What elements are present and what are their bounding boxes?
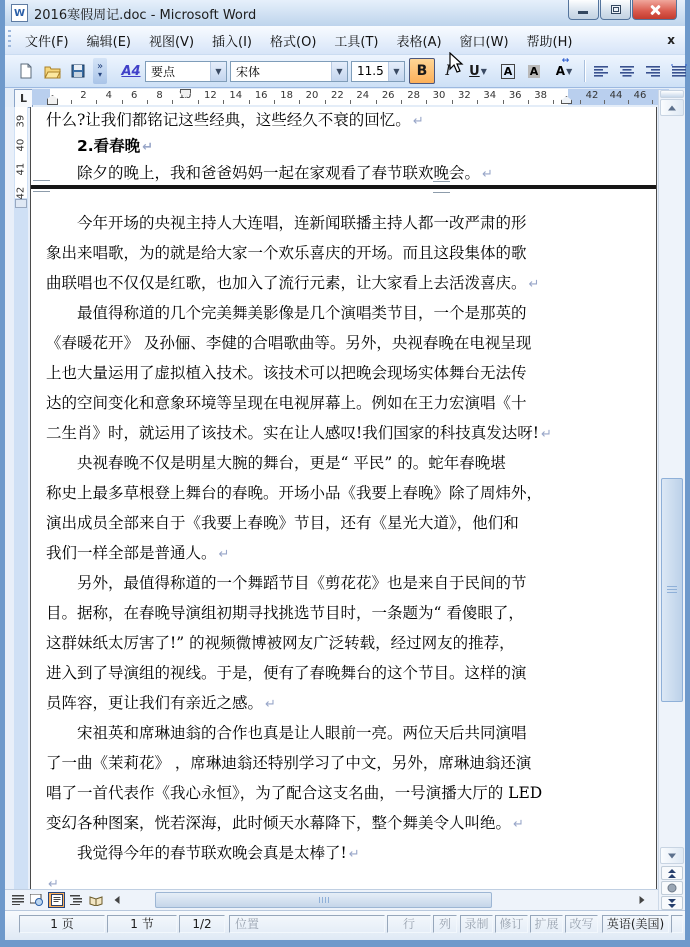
paragraph-mark: ↵ (513, 817, 524, 832)
page-number-pane: 1 页 (19, 915, 105, 933)
line-text: 象出来唱歌，为的就是给大家一个欢乐喜庆的开场。而且这段集体的歌 (46, 244, 527, 262)
toolbar-overflow-button[interactable] (93, 58, 107, 84)
ruler-tick (628, 100, 629, 104)
title-bar: W 2016寒假周记.doc - Microsoft Word (5, 0, 685, 26)
bold-button[interactable]: B (409, 58, 435, 84)
ruler-number: 30 (432, 90, 446, 101)
ruler-tick (325, 100, 326, 104)
text-line: 象出来唱歌，为的就是给大家一个欢乐喜庆的开场。而且这段集体的歌 (46, 238, 650, 268)
vertical-ruler-number: 40 (16, 138, 27, 152)
ruler-tick (376, 100, 377, 104)
select-browse-object-button[interactable] (661, 881, 683, 895)
text-line: 员阵容，更让我们有亲近之感。↵ (46, 688, 650, 718)
vertical-ruler-number: 41 (16, 162, 27, 176)
underline-button[interactable]: U ▼ (461, 58, 495, 84)
ruler-tick (553, 100, 554, 104)
page1-text: 什么?让我们都铭记这些经典，这些经久不衰的回忆。↵2.看春晚↵除夕的晚上，我和爸… (46, 107, 650, 186)
scroll-up-button[interactable] (660, 99, 684, 116)
line-text: 员阵容，更让我们有亲近之感。 (46, 694, 263, 712)
margin-adjust-marker[interactable] (15, 199, 27, 208)
arrow-up-icon (668, 105, 676, 110)
line-text: 我觉得今年的春节联欢晚会真是太棒了! (77, 844, 347, 862)
section-pane: 1 节 (107, 915, 177, 933)
open-folder-icon (44, 64, 61, 79)
vertical-ruler-number: 42 (16, 186, 27, 200)
ruler-number: 16 (254, 90, 268, 101)
line-text: 除夕的晚上，我和爸爸妈妈一起在家观看了春节联欢晚会。 (77, 164, 480, 182)
ruler-margin-number: 42 (585, 90, 599, 101)
line-text: 称史上最多草根登上舞台的春晚。开场小品《我要上春晚》除了周炜外， (46, 484, 542, 502)
ruler-tick (274, 100, 275, 104)
line-text: 我们一样全部是普通人。 (46, 544, 217, 562)
menu-item-7[interactable]: 窗口(W) (451, 27, 518, 54)
text-line: 我觉得今年的春节联欢晚会真是太棒了!↵ (46, 838, 650, 868)
word-window: W 2016寒假周记.doc - Microsoft Word 文件(F)编辑(… (5, 0, 685, 940)
character-shading-button[interactable]: A (521, 58, 547, 84)
track-changes-toggle[interactable]: 修订 (495, 915, 528, 933)
character-scale-icon: A (556, 64, 565, 78)
ruler-tick (71, 100, 72, 104)
save-button[interactable] (65, 58, 91, 84)
print-layout-icon (51, 894, 63, 906)
outline-view-icon (70, 895, 83, 905)
ruler-tick (147, 100, 148, 104)
ruler-number: 6 (127, 90, 141, 101)
ruler-number: 26 (381, 90, 395, 101)
text-line: 另外，最值得称道的一个舞蹈节目《剪花花》也是来自于民间的节 (46, 568, 650, 598)
text-line: 最值得称道的几个完美舞美影像是几个演唱类节目，一个是那英的 (46, 298, 650, 328)
ruler-number: 38 (534, 90, 548, 101)
word-app-icon: W (11, 4, 28, 22)
toolbar-grip-icon[interactable] (8, 30, 11, 50)
line-text: 《春暖花开》 及孙俪、李健的合唱歌曲等。另外，央视春晚在电视呈现 (46, 334, 531, 352)
ruler-tick (503, 100, 504, 104)
ruler-number: 24 (356, 90, 370, 101)
menu-bar: 文件(F)编辑(E)视图(V)插入(I)格式(O)工具(T)表格(A)窗口(W)… (5, 26, 685, 55)
distribute-button[interactable] (666, 58, 690, 84)
ruler-number: 32 (457, 90, 471, 101)
ruler-tick (426, 100, 427, 104)
double-up-icon (668, 869, 676, 873)
toolbar: A4 要点 ▼ 宋体 ▼ 11.5 ▼ B I U ▼ A A (5, 55, 685, 88)
text-line: 变幻各种图案，恍若深海，此时倾天水幕降下，整个舞美令人叫绝。↵ (46, 808, 650, 838)
ruler-tick (96, 100, 97, 104)
menu-item-3[interactable]: 插入(I) (203, 27, 261, 54)
line-text: 这群妹纸太厉害了!” 的视频微博被网友广泛转载，经过网友的推荐， (46, 634, 515, 652)
outline-view-button[interactable] (68, 892, 85, 908)
overtype-toggle[interactable]: 改写 (565, 915, 598, 933)
split-handle[interactable] (660, 90, 684, 98)
chevron-down-icon[interactable]: ▼ (210, 62, 226, 81)
paragraph-mark: ↵ (482, 167, 493, 182)
ruler-tick (580, 100, 581, 104)
line-text: 唱了一首代表作《我心永恒》，为了配合这支名曲，一号演播大厅的 LED (46, 784, 542, 802)
restore-button[interactable] (600, 0, 631, 20)
line-text: 目。据称，在春晚导演组初期寻找挑选节目时，一条题为“ 看傻眼了， (46, 604, 524, 622)
reading-layout-icon (89, 895, 103, 906)
line-text: 曲联唱也不仅仅是红歌，也加入了流行元素，让大家看上去活泼喜庆。 (46, 274, 527, 292)
text-line: 了一曲《茉莉花》 ，席琳迪翁还特别学习了中文，另外，席琳迪翁还演 (46, 748, 650, 778)
paragraph-mark: ↵ (541, 427, 552, 442)
window-controls (568, 0, 677, 20)
language-pane[interactable]: 英语(美国) (602, 915, 669, 933)
normal-view-icon (12, 895, 25, 905)
text-line: 上也大量运用了虚拟植入技术。该技术可以把晚会现场实体舞台无法传 (46, 358, 650, 388)
style-combobox[interactable]: 要点 ▼ (145, 61, 227, 82)
new-document-button[interactable] (13, 58, 39, 84)
paragraph-mark: ↵ (349, 847, 360, 862)
ruler-tick (122, 100, 123, 104)
line-text: 变幻各种图案，恍若深海，此时倾天水幕降下，整个舞美令人叫绝。 (46, 814, 511, 832)
chevron-down-icon[interactable]: ▼ (388, 62, 404, 81)
arrow-right-icon (640, 896, 645, 904)
ruler-tick (172, 100, 173, 104)
line-text: 进入到了导演组的视线。于是，便有了春晚舞台的这个节目。这样的演 (46, 664, 527, 682)
line-text: 另外，最值得称道的一个舞蹈节目《剪花花》也是来自于民间的节 (77, 574, 527, 592)
spelling-status-pane (671, 915, 683, 933)
menu-item-0[interactable]: 文件(F) (16, 27, 78, 54)
double-down-icon (668, 899, 676, 903)
text-line: 称史上最多草根登上舞台的春晚。开场小品《我要上春晚》除了周炜外， (46, 478, 650, 508)
vertical-scroll-thumb[interactable] (661, 478, 683, 702)
minimize-button[interactable] (568, 0, 599, 20)
ruler-margin-number: 44 (609, 90, 623, 101)
ruler-tick (350, 100, 351, 104)
menu-items: 文件(F)编辑(E)视图(V)插入(I)格式(O)工具(T)表格(A)窗口(W)… (16, 27, 581, 54)
line-text: 央视春晚不仅是明星大腕的舞台，更是“ 平民” 的。蛇年春晚堪 (77, 454, 506, 472)
text-line: 除夕的晚上，我和爸爸妈妈一起在家观看了春节联欢晚会。↵ (46, 160, 650, 186)
previous-page-button[interactable] (661, 866, 683, 880)
paragraph-mark: ↵ (219, 547, 230, 562)
page2-text: 今年开场的央视主持人大连唱，连新闻联播主持人都一改严肃的形象出来唱歌，为的就是给… (46, 208, 650, 898)
scroll-left-button[interactable] (109, 892, 125, 908)
character-shading-icon: A (528, 65, 541, 78)
ruler-number: 28 (407, 90, 421, 101)
bold-icon: B (417, 63, 428, 79)
text-line: 今年开场的央视主持人大连唱，连新闻联播主持人都一改严肃的形 (46, 208, 650, 238)
ruler-number: 34 (483, 90, 497, 101)
next-page-button[interactable] (661, 896, 683, 910)
text-line: 演出成员全部来自于《我要上春晚》节目，还有《星光大道》，他们和 (46, 508, 650, 538)
page-break-line (31, 185, 656, 189)
text-line: 曲联唱也不仅仅是红歌，也加入了流行元素，让大家看上去活泼喜庆。↵ (46, 268, 650, 298)
reading-layout-view-button[interactable] (87, 892, 104, 908)
arrow-down-icon (668, 853, 676, 858)
web-layout-icon (30, 894, 43, 906)
close-icon (649, 4, 661, 16)
menu-item-4[interactable]: 格式(O) (261, 27, 325, 54)
text-line: 唱了一首代表作《我心永恒》，为了配合这支名曲，一号演播大厅的 LED (46, 778, 650, 808)
text-line: 达的空间变化和意象环境等呈现在电视屏幕上。例如在王力宏演唱《十 (46, 388, 650, 418)
minimize-icon (578, 11, 588, 14)
scroll-right-button[interactable] (634, 892, 650, 908)
position-pane: 位置 (229, 915, 385, 933)
ruler-number: 20 (305, 90, 319, 101)
line-text: 最值得称道的几个完美舞美影像是几个演唱类节目，一个是那英的 (77, 304, 527, 322)
ruler-tick (299, 100, 300, 104)
font-size-value: 11.5 (357, 64, 384, 78)
align-center-icon (620, 65, 635, 78)
double-down-icon (668, 904, 676, 908)
styles-and-formatting-button[interactable]: A4 (117, 58, 145, 84)
ruler-tick (604, 100, 605, 104)
text-line: 宋祖英和席琳迪翁的合作也真是让人眼前一亮。两位天后共同演唱 (46, 718, 650, 748)
restore-icon (611, 5, 621, 14)
styles-and-formatting-icon: A4 (121, 64, 140, 79)
distribute-icon (671, 64, 687, 78)
status-bar: 1 页 1 节 1/2 位置 行 列 录制 修订 扩展 改写 英语(美国) (5, 910, 685, 940)
style-value: 要点 (151, 63, 175, 80)
chevron-down-icon[interactable]: ▼ (331, 62, 347, 81)
record-macro-toggle[interactable]: 录制 (460, 915, 493, 933)
line-text: 了一曲《茉莉花》 ，席琳迪翁还特别学习了中文，另外，席琳迪翁还演 (46, 754, 531, 772)
text-line: 2.看春晚↵ (46, 133, 650, 159)
horizontal-scroll-thumb[interactable] (155, 892, 492, 908)
align-left-icon (594, 65, 609, 78)
arrow-left-icon (115, 896, 120, 904)
page-of-pages-pane: 1/2 (179, 915, 225, 933)
ruler-number: 18 (280, 90, 294, 101)
text-boundary-mark (433, 181, 450, 193)
line-text: 演出成员全部来自于《我要上春晚》节目，还有《星光大道》，他们和 (46, 514, 519, 532)
chevron-down-icon[interactable]: ▼ (566, 67, 572, 76)
text-line: 二生肖》时，就运用了该技术。实在让人感叹!我们国家的科技真发达呀!↵ (46, 418, 650, 448)
align-left-button[interactable] (588, 58, 614, 84)
ruler-margin-number: 46 (633, 90, 647, 101)
text-line: 什么?让我们都铭记这些经典，这些经久不衰的回忆。↵ (46, 107, 650, 133)
window-title: 2016寒假周记.doc - Microsoft Word (34, 4, 256, 23)
paragraph-mark: ↵ (265, 697, 276, 712)
paragraph-mark: ↵ (413, 114, 424, 129)
ruler-tick (401, 100, 402, 104)
text-boundary-mark (33, 180, 50, 192)
menu-item-8[interactable]: 帮助(H) (518, 27, 582, 54)
menu-item-2[interactable]: 视图(V) (140, 27, 203, 54)
new-document-icon (18, 63, 34, 79)
line-text: 宋祖英和席琳迪翁的合作也真是让人眼前一亮。两位天后共同演唱 (77, 724, 527, 742)
character-border-button[interactable]: A (495, 58, 521, 84)
vertical-ruler: 39404142 (14, 107, 28, 911)
ruler-tick (249, 100, 250, 104)
browse-ball-icon (668, 884, 677, 893)
mouse-cursor (449, 52, 464, 74)
ruler-number: 4 (102, 90, 116, 101)
ruler-number: 22 (330, 90, 344, 101)
menu-item-1[interactable]: 编辑(E) (78, 27, 140, 54)
font-size-combobox[interactable]: 11.5 ▼ (351, 61, 405, 82)
align-center-button[interactable] (614, 58, 640, 84)
menu-item-6[interactable]: 表格(A) (388, 27, 451, 54)
document-page[interactable]: 什么?让我们都铭记这些经典，这些经久不衰的回忆。↵2.看春晚↵除夕的晚上，我和爸… (30, 107, 657, 911)
ruler-number: 2 (76, 90, 90, 101)
double-up-icon (668, 874, 676, 878)
ruler-tick (652, 100, 653, 104)
save-floppy-icon (70, 63, 86, 79)
align-right-icon (646, 65, 661, 78)
paragraph-mark: ↵ (529, 277, 540, 292)
ruler-tick (223, 100, 224, 104)
underline-icon: U (469, 64, 480, 79)
normal-view-button[interactable] (10, 892, 27, 908)
line-text: 上也大量运用了虚拟植入技术。该技术可以把晚会现场实体舞台无法传 (46, 364, 527, 382)
document-close-button[interactable]: x (667, 33, 675, 47)
ruler-number: 36 (508, 90, 522, 101)
line-text: 今年开场的央视主持人大连唱，连新闻联播主持人都一改严肃的形 (77, 214, 527, 232)
close-button[interactable] (632, 0, 677, 20)
text-line: 进入到了导演组的视线。于是，便有了春晚舞台的这个节目。这样的演 (46, 658, 650, 688)
ruler-tick (452, 100, 453, 104)
toolbar-separator (584, 60, 585, 82)
font-value: 宋体 (236, 63, 260, 80)
font-combobox[interactable]: 宋体 ▼ (230, 61, 348, 82)
line-text: 2.看春晚 (77, 137, 140, 155)
horizontal-scrollbar-row (5, 889, 658, 911)
column-pane: 列 (433, 915, 457, 933)
align-right-button[interactable] (640, 58, 666, 84)
ruler-tick (528, 100, 529, 104)
character-scale-button[interactable]: A ▼ (547, 58, 581, 84)
ruler-number: 14 (229, 90, 243, 101)
text-line: 央视春晚不仅是明星大腕的舞台，更是“ 平民” 的。蛇年春晚堪 (46, 448, 650, 478)
text-line: 这群妹纸太厉害了!” 的视频微博被网友广泛转载，经过网友的推荐， (46, 628, 650, 658)
web-layout-view-button[interactable] (28, 892, 45, 908)
tab-stop-selector[interactable]: L (14, 89, 33, 108)
line-pane: 行 (387, 915, 431, 933)
menu-item-5[interactable]: 工具(T) (325, 27, 387, 54)
horizontal-ruler: 2468101214161820222426283032343638424446… (32, 89, 669, 105)
text-line: 目。据称，在春晚导演组初期寻找挑选节目时，一条题为“ 看傻眼了， (46, 598, 650, 628)
open-button[interactable] (39, 58, 65, 84)
text-line: 《春暖花开》 及孙俪、李健的合唱歌曲等。另外，央视春晚在电视呈现 (46, 328, 650, 358)
extend-selection-toggle[interactable]: 扩展 (530, 915, 563, 933)
ruler-number: 8 (153, 90, 167, 101)
print-layout-view-button[interactable] (48, 892, 65, 908)
ruler-tick (198, 100, 199, 104)
chevron-down-icon[interactable]: ▼ (481, 67, 487, 76)
text-line: 我们一样全部是普通人。↵ (46, 538, 650, 568)
line-text: 什么?让我们都铭记这些经典，这些经久不衰的回忆。 (46, 111, 411, 129)
line-text: 达的空间变化和意象环境等呈现在电视屏幕上。例如在王力宏演唱《十 (46, 394, 527, 412)
paragraph-mark: ↵ (142, 140, 153, 155)
line-text: 二生肖》时，就运用了该技术。实在让人感叹!我们国家的科技真发达呀! (46, 424, 539, 442)
scroll-down-button[interactable] (660, 847, 684, 864)
vertical-scrollbar[interactable] (658, 90, 685, 911)
vertical-ruler-number: 39 (16, 114, 27, 128)
ruler-number: 12 (203, 90, 217, 101)
ruler-row: L 24681012141618202224262830323436384244… (5, 88, 685, 107)
ruler-tick (477, 100, 478, 104)
character-border-icon: A (501, 64, 516, 79)
